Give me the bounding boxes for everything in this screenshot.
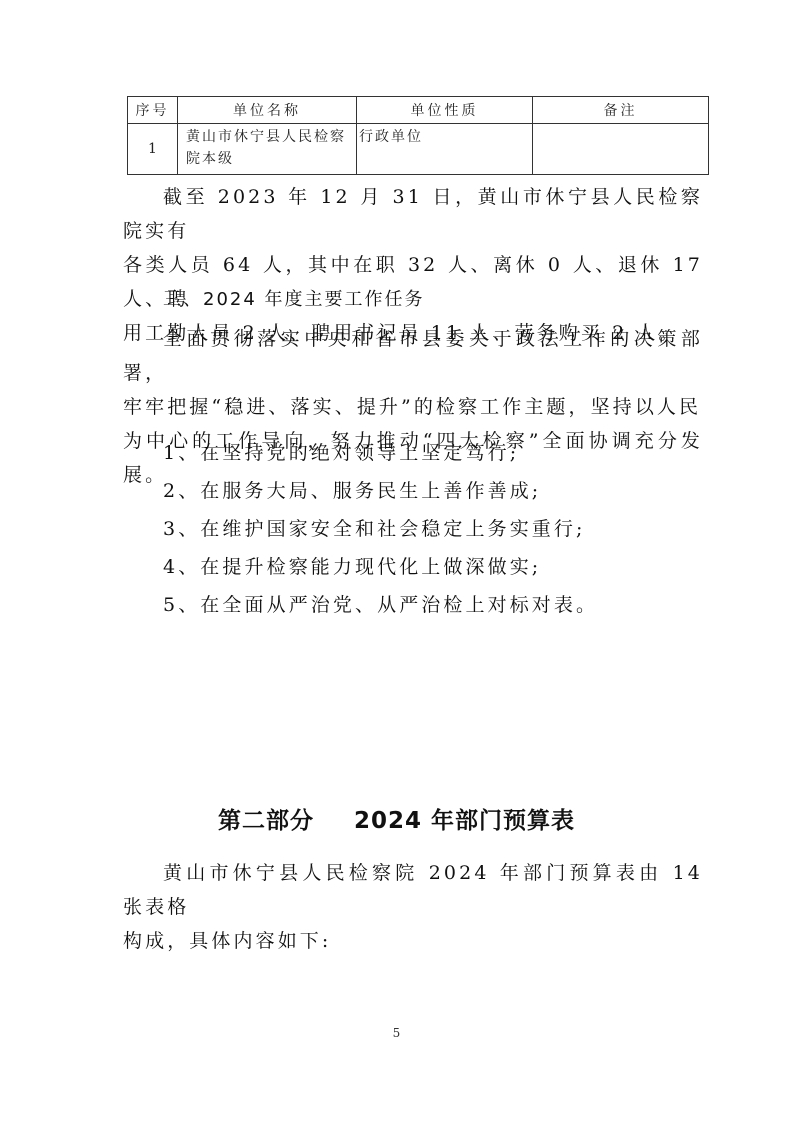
header-unit-name: 单位名称	[178, 97, 357, 124]
header-remark: 备注	[533, 97, 709, 124]
table-header-row: 序号 单位名称 单位性质 备注	[128, 97, 709, 124]
cell-seq: 1	[128, 124, 178, 175]
unit-name-line2: 院本级	[186, 148, 356, 170]
section-3-heading: 三、2024 年度主要工作任务	[123, 283, 703, 317]
task-item-1: 1、在坚持党的绝对领导上坚定笃行;	[163, 436, 519, 470]
part-two-label: 第二部分	[218, 808, 314, 834]
table-row: 1 黄山市休宁县人民检察 院本级 行政单位	[128, 124, 709, 175]
tasks-intro-line-1: 全面贯彻落实中央和省市县委关于政法工作的决策部署，	[123, 322, 703, 390]
part-two-intro-line-2: 构成，具体内容如下:	[123, 924, 703, 958]
section-3-heading-text: 三、2024 年度主要工作任务	[123, 283, 703, 317]
task-item-5: 5、在全面从严治党、从严治检上对标对表。	[163, 588, 598, 622]
part-two-title: 第二部分2024 年部门预算表	[0, 802, 793, 835]
tasks-intro-line-2: 牢牢把握“稳进、落实、提升”的检察工作主题，坚持以人民	[123, 390, 703, 424]
header-seq: 序号	[128, 97, 178, 124]
task-item-3: 3、在维护国家安全和社会稳定上务实重行;	[163, 512, 586, 546]
unit-table: 序号 单位名称 单位性质 备注 1 黄山市休宁县人民检察 院本级 行政单位	[127, 96, 709, 175]
document-page: 序号 单位名称 单位性质 备注 1 黄山市休宁县人民检察 院本级 行政单位 截至…	[0, 0, 793, 1122]
task-item-4: 4、在提升检察能力现代化上做深做实;	[163, 550, 541, 584]
cell-remark	[533, 124, 709, 175]
header-unit-nature: 单位性质	[357, 97, 533, 124]
cell-unit-name: 黄山市休宁县人民检察 院本级	[178, 124, 357, 175]
part-two-intro: 黄山市休宁县人民检察院 2024 年部门预算表由 14 张表格 构成，具体内容如…	[123, 856, 703, 958]
unit-name-line1: 黄山市休宁县人民检察	[186, 126, 356, 148]
staff-line-1: 截至 2023 年 12 月 31 日，黄山市休宁县人民检察院实有	[123, 180, 703, 248]
task-item-2: 2、在服务大局、服务民生上善作善成;	[163, 474, 541, 508]
cell-unit-nature: 行政单位	[357, 124, 533, 175]
part-two-intro-line-1: 黄山市休宁县人民检察院 2024 年部门预算表由 14 张表格	[123, 856, 703, 924]
page-number: 5	[0, 1026, 793, 1040]
part-two-subject: 2024 年部门预算表	[354, 808, 575, 834]
